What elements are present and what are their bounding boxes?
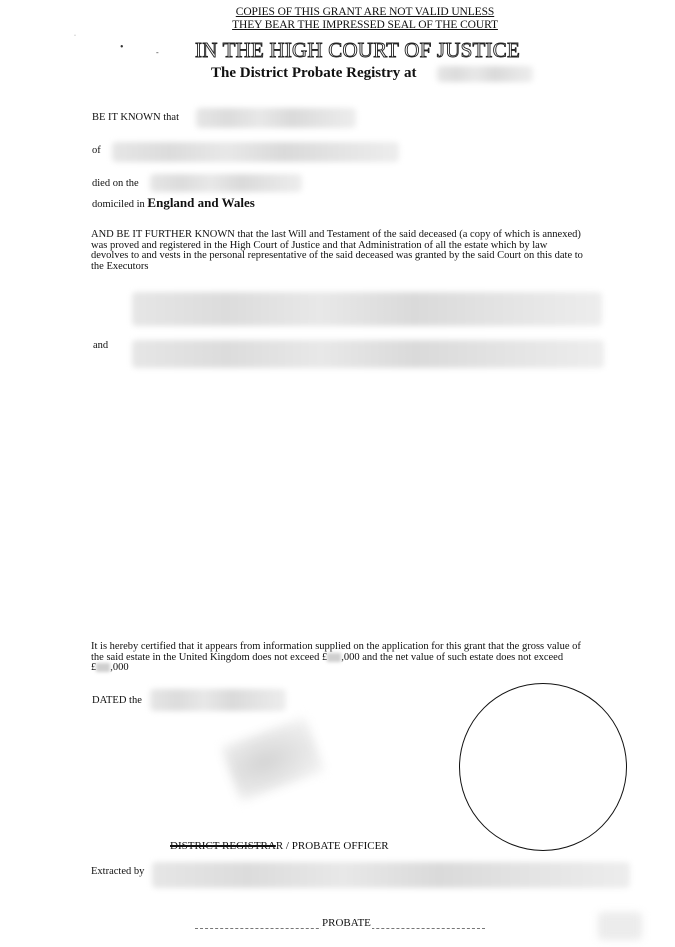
- died-on-label: died on the: [92, 178, 139, 189]
- signatory-title: DISTRICT REGISTRAR / PROBATE OFFICER: [170, 840, 389, 852]
- domiciled-label: domiciled in: [92, 199, 145, 210]
- redacted-registry-location: [437, 66, 533, 82]
- dated-label: DATED the: [92, 695, 142, 706]
- redacted-net-value: [96, 663, 110, 672]
- and-label: and: [93, 340, 108, 351]
- redacted-extractor: [152, 862, 630, 888]
- extracted-by-label: Extracted by: [91, 866, 144, 877]
- validity-notice-line-2: THEY BEAR THE IMPRESSED SEAL OF THE COUR…: [0, 19, 675, 31]
- redacted-signature: [221, 716, 325, 801]
- scan-speck: ‑: [156, 48, 159, 57]
- struck-district-registrar: DISTRICT REGISTRA: [170, 840, 276, 852]
- scan-speck: •: [120, 42, 124, 53]
- value-certification: It is hereby certified that it appears f…: [91, 642, 671, 674]
- redacted-footer-mark: [598, 912, 642, 940]
- court-seal-circle: [459, 683, 627, 851]
- footer-probate-word: PROBATE: [321, 917, 372, 929]
- redacted-executor-1: [132, 292, 602, 326]
- court-title: IN THE HIGH COURT OF JUSTICE: [195, 38, 520, 63]
- further-known-lead: AND BE IT FURTHER KNOWN: [91, 229, 235, 240]
- registry-label: The District Probate Registry at: [211, 65, 417, 82]
- redacted-executor-2: [132, 340, 604, 368]
- redacted-gross-value: [327, 653, 341, 662]
- scan-speck: ·: [74, 33, 76, 39]
- domicile-line: domiciled in England and Wales: [92, 195, 255, 211]
- redacted-deceased-address: [112, 142, 399, 162]
- grant-paragraph: AND BE IT FURTHER KNOWN that the last Wi…: [91, 230, 671, 272]
- validity-notice-line-1: COPIES OF THIS GRANT ARE NOT VALID UNLES…: [0, 6, 675, 18]
- redacted-date-of-death: [150, 174, 302, 192]
- domicile-value: England and Wales: [147, 195, 254, 210]
- redacted-grant-date: [150, 689, 286, 711]
- redacted-deceased-name: [196, 108, 356, 128]
- of-label: of: [92, 145, 101, 156]
- be-it-known-label: BE IT KNOWN that: [92, 112, 179, 123]
